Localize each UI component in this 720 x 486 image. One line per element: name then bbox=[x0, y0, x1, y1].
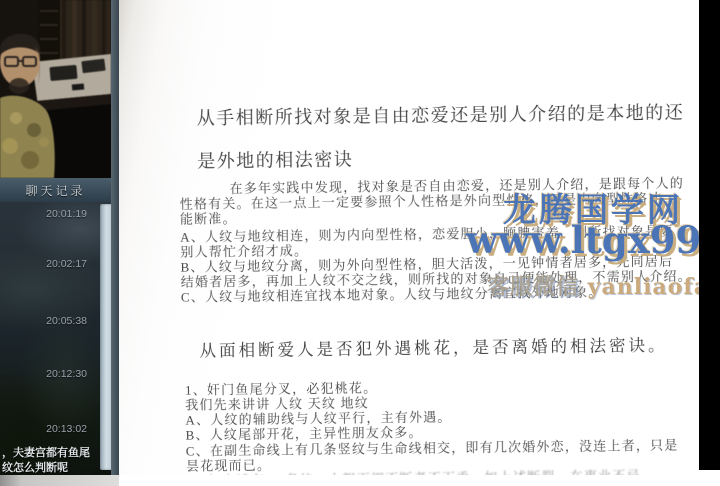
chat-message: ，夫妻宫都有鱼尾 bbox=[2, 444, 90, 460]
chat-log-tab[interactable]: 聊天记录 bbox=[0, 178, 111, 202]
bottom-strip bbox=[0, 475, 720, 486]
bottom-strip-shadow bbox=[0, 475, 119, 486]
doc-paragraph-line: 能断准。 bbox=[180, 208, 237, 228]
doc-list-line: C、人纹与地纹相连宜找本地对象。人纹与地纹分离宜找外地对象。 bbox=[181, 281, 603, 305]
panel-divider bbox=[111, 0, 119, 475]
chat-timestamp: 20:05:38 bbox=[46, 315, 87, 327]
chat-message: 纹怎么判断呢 bbox=[2, 459, 68, 475]
document-text: 从手相断所找对象是自由恋爱还是别人介绍的是本地的还 是外地的相法密诀 在多年实践… bbox=[119, 0, 699, 475]
doc-heading-line: 从手相断所找对象是自由恋爱还是别人介绍的是本地的还 bbox=[197, 98, 685, 130]
chat-log-label: 聊天记录 bbox=[25, 182, 85, 199]
shared-document-page: 从手相断所找对象是自由恋爱还是别人介绍的是本地的还 是外地的相法密诀 在多年实践… bbox=[119, 0, 699, 475]
right-letterbox-bar bbox=[699, 0, 720, 470]
left-panel: 聊天记录 20:01:19 20:02:17 20:05:38 20:12:30… bbox=[0, 0, 119, 475]
chat-timestamp: 20:13:02 bbox=[46, 423, 87, 435]
chat-timestamp: 20:02:17 bbox=[46, 258, 87, 270]
chat-timestamp: 20:12:30 bbox=[46, 368, 87, 380]
presenter-webcam-video bbox=[0, 0, 111, 178]
webcam-scene bbox=[0, 0, 111, 178]
chat-message-list: 20:01:19 20:02:17 20:05:38 20:12:30 20:1… bbox=[0, 202, 111, 475]
doc-heading-line: 从面相断爱人是否犯外遇桃花，是否离婚的相法密诀。 bbox=[199, 332, 667, 362]
app-window: 聊天记录 20:01:19 20:02:17 20:05:38 20:12:30… bbox=[0, 0, 720, 486]
doc-heading-line: 是外地的相法密诀 bbox=[197, 146, 353, 174]
chat-timestamp: 20:01:19 bbox=[46, 208, 87, 220]
